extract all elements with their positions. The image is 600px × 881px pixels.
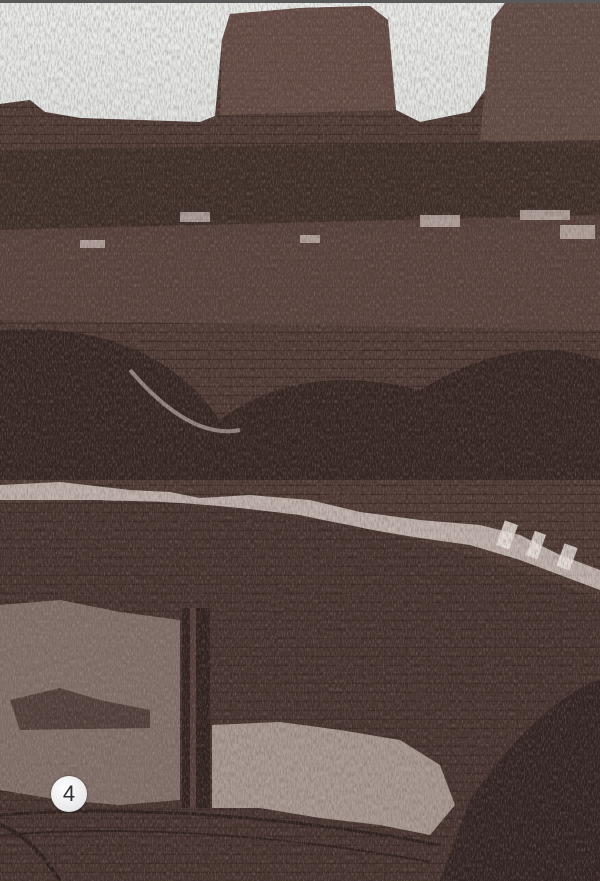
ruins-scene: [0, 0, 600, 881]
figure-number-badge: 4: [51, 776, 87, 812]
ruins-photograph: 4: [0, 0, 600, 881]
